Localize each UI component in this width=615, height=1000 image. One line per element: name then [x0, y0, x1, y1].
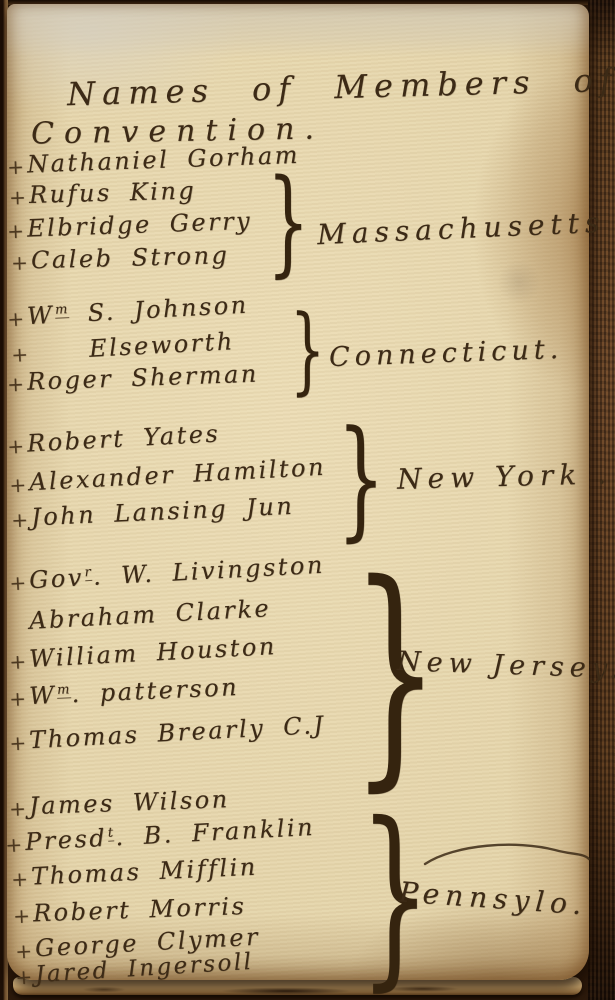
- member-name: Robert Morris: [33, 892, 249, 927]
- plus-mark: +: [7, 372, 28, 397]
- member-name: Thomas Brearly C.J: [28, 711, 328, 755]
- plus-mark: +: [11, 342, 32, 367]
- notebook-page: Names of Members of Convention. +Nathani…: [7, 4, 589, 980]
- member-robert-morris: +Robert Morris: [13, 892, 249, 928]
- member-thomas-brearly: +Thomas Brearly C.J: [8, 711, 328, 756]
- state-label-new-york: New York .: [397, 457, 613, 496]
- plus-mark: +: [13, 903, 34, 928]
- state-label-connecticut: Connecticut.: [329, 334, 564, 373]
- brace-icon-connecticut: }: [290, 303, 325, 398]
- member-name: Elbridge Gerry: [27, 207, 255, 243]
- plus-mark: +: [15, 938, 36, 963]
- member-wm-s-johnson: +Wm S. Johnson: [6, 291, 249, 332]
- plus-mark: +: [7, 434, 28, 459]
- plus-mark: +: [9, 649, 30, 674]
- brace-icon-new-york: }: [337, 413, 385, 543]
- member-caleb-strong: +Caleb Strong: [11, 241, 232, 275]
- member-james-wilson: +James Wilson: [9, 785, 232, 821]
- state-label-massachusetts: Massachusetts: [316, 206, 606, 252]
- plus-mark: +: [9, 730, 30, 755]
- plus-mark: +: [9, 472, 30, 497]
- plus-mark: +: [9, 185, 30, 210]
- member-william-houston: +William Houston: [8, 632, 279, 674]
- member-name: Rufus King: [29, 177, 199, 209]
- member-gov-livingston: +Govr. W. Livingston: [8, 551, 325, 595]
- member-abraham-clarke: Abraham Clarke: [8, 594, 273, 636]
- member-wm-patterson: +Wm. patterson: [8, 673, 239, 711]
- plus-mark: +: [7, 154, 28, 179]
- member-name: Govr. W. Livingston: [28, 551, 325, 594]
- member-b-franklin: +Presdt. B. Franklin: [4, 813, 315, 857]
- plus-mark: +: [11, 250, 32, 275]
- member-alexander-hamilton: +Alexander Hamilton: [8, 453, 328, 498]
- member-name: Wm S. Johnson: [26, 291, 249, 331]
- plus-mark: +: [15, 964, 36, 989]
- member-name: Abraham Clarke: [28, 594, 273, 635]
- member-name: Alexander Hamilton: [28, 453, 328, 497]
- plus-mark: +: [9, 796, 30, 821]
- member-robert-yates: +Robert Yates: [6, 419, 222, 458]
- brace-icon-massachusetts: }: [267, 165, 309, 280]
- page-title-line-1: Names of Members of: [67, 61, 615, 113]
- member-name: Thomas Mifflin: [30, 853, 260, 891]
- member-thomas-mifflin: +Thomas Mifflin: [11, 853, 261, 892]
- member-rufus-king: +Rufus King: [9, 177, 199, 210]
- member-name: Roger Sherman: [27, 360, 262, 396]
- plus-mark: +: [5, 832, 26, 857]
- member-john-lansing: +John Lansing Jun: [11, 492, 297, 532]
- notebook-photo: Names of Members of Convention. +Nathani…: [0, 0, 615, 1000]
- member-elbridge-gerry: +Elbridge Gerry: [7, 207, 255, 244]
- plus-mark: +: [11, 867, 32, 892]
- plus-mark: +: [11, 507, 32, 532]
- plus-mark: +: [9, 570, 30, 595]
- plus-mark: +: [7, 306, 28, 331]
- member-name: Elseworth: [88, 327, 237, 363]
- pen-flourish-stroke: [421, 842, 593, 870]
- plus-mark: +: [7, 219, 28, 244]
- plus-mark: [10, 630, 30, 631]
- member-name: Robert Yates: [26, 419, 222, 457]
- member-name: Presdt. B. Franklin: [24, 813, 315, 856]
- member-name: John Lansing Jun: [31, 492, 297, 532]
- plus-mark: +: [9, 686, 30, 711]
- member-name: James Wilson: [29, 785, 233, 820]
- member-name: Caleb Strong: [31, 241, 232, 274]
- member-name: William Houston: [28, 632, 279, 673]
- member-name: Wm. patterson: [28, 673, 239, 710]
